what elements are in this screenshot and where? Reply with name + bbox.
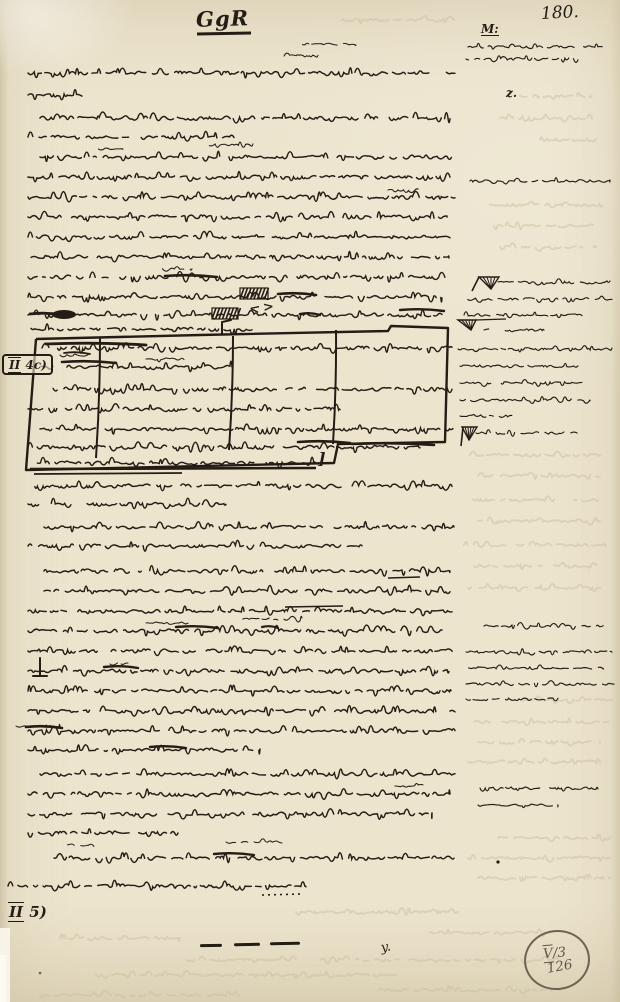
bleed-through-line (470, 452, 600, 458)
handwriting-line (28, 272, 450, 282)
handwriting-line (28, 789, 450, 800)
caret-y-mark: y. (380, 940, 392, 954)
underline-mark (388, 577, 420, 578)
handwriting-line (44, 522, 454, 532)
bleed-through-line (478, 739, 600, 746)
bleed-through-line (468, 584, 600, 592)
handwriting-line (28, 404, 340, 413)
handwriting-line (28, 726, 455, 736)
section-label-II5: II 5) (8, 905, 47, 920)
handwriting-line (28, 625, 442, 636)
handwriting-line (28, 292, 442, 302)
margin-z-mark: z. (506, 87, 517, 99)
bleed-through-line (540, 137, 603, 141)
margin-note-line (460, 363, 578, 367)
interline-note (226, 839, 288, 843)
bleed-through-line (490, 202, 602, 208)
handwriting-line (31, 252, 449, 262)
bleed-through-line (478, 517, 600, 524)
margin-note-line (466, 56, 578, 63)
handwriting-line (35, 481, 452, 491)
handwriting-line (28, 231, 450, 241)
roman-numeral: II (8, 357, 21, 373)
handwriting-line (28, 706, 455, 716)
strike-through-mark (64, 352, 90, 354)
ink-dot (496, 860, 499, 863)
handwriting-line (28, 90, 82, 100)
margin-note-line (460, 415, 525, 418)
bleed-through-line (478, 473, 605, 479)
bleed-through-line (186, 956, 296, 962)
interline-note (146, 358, 184, 362)
interline-note (60, 354, 88, 357)
handwriting-line (8, 880, 306, 890)
ink-dot (39, 972, 42, 975)
bleed-through-line (96, 971, 396, 979)
strike-through-mark (46, 343, 146, 345)
strike-through-mark (352, 443, 434, 445)
handwriting-line (28, 685, 451, 696)
handwriting-line (44, 585, 450, 595)
strike-through-mark (278, 293, 316, 295)
bleed-through-line (296, 908, 458, 915)
margin-note-line (466, 681, 614, 687)
underline-mark (30, 468, 316, 469)
margin-note-line (468, 296, 612, 302)
interline-note (162, 267, 192, 271)
margin-note-line (484, 623, 606, 630)
interline-note (303, 43, 356, 45)
handwriting-line (28, 498, 226, 508)
strike-through-mark (214, 853, 254, 855)
margin-note-line (464, 312, 582, 318)
bleed-through-line (468, 855, 610, 862)
bleed-through-line (378, 986, 560, 993)
underline-mark (476, 319, 506, 320)
handwriting-line (28, 211, 447, 221)
margin-note-line (458, 346, 612, 352)
editorial-angle-right: > (262, 300, 274, 314)
bleed-through-line (475, 718, 609, 725)
margin-note-line (480, 787, 598, 791)
handwriting-line (40, 151, 455, 161)
handwriting-line (28, 829, 178, 837)
handwriting-line (28, 745, 260, 754)
correction-box-divider (229, 336, 233, 450)
handwriting-line (40, 769, 455, 779)
handwriting-line (28, 172, 450, 182)
section-label-rest: 4c) (25, 358, 46, 372)
interline-note (243, 616, 302, 622)
separator-dash (200, 944, 222, 947)
flag-mark (472, 277, 479, 291)
handwriting-line (28, 666, 449, 676)
bleed-through-line (60, 934, 180, 941)
handwriting-line (28, 606, 452, 616)
bleed-through-line (430, 929, 550, 936)
scan-edge-artifact (0, 955, 6, 1002)
bleed-through-line (474, 563, 596, 569)
handwriting-line (53, 384, 452, 395)
section-label-II4c: II 4c) (2, 354, 53, 375)
ink-blot-deletion (52, 310, 76, 319)
strike-through-mark (176, 626, 218, 628)
underline-mark (285, 606, 343, 607)
bleed-through-line (498, 834, 610, 841)
bleed-through-line (478, 875, 610, 882)
handwriting-line (44, 566, 450, 577)
handwriting-line (28, 809, 432, 819)
margin-note-line (466, 649, 612, 655)
manuscript-page: GgR 180. M: z. II 4c) II 5) < > ] y. V/3… (0, 0, 620, 1002)
strike-through-mark (165, 275, 217, 277)
interline-note (284, 53, 318, 57)
strike-through-mark (26, 726, 62, 728)
interline-note (146, 622, 188, 624)
strike-through-mark (262, 626, 278, 628)
margin-note-line (460, 380, 582, 387)
handwriting-line (28, 191, 455, 201)
page-title: GgR (196, 7, 250, 30)
margin-note-line (498, 279, 610, 285)
strike-through-mark (104, 666, 138, 668)
margin-note-line (470, 178, 610, 184)
margin-note-line (468, 43, 614, 49)
handwriting-line (40, 112, 450, 123)
margin-note-line (469, 665, 609, 670)
margin-note-line (460, 397, 590, 404)
section-label-rest: 5) (29, 903, 47, 921)
interline-note (209, 142, 253, 147)
margin-note-line (476, 430, 583, 436)
handwriting-line (28, 540, 362, 551)
interline-note (68, 844, 94, 846)
bleed-through-line (500, 114, 592, 121)
bleed-through-line (464, 542, 606, 547)
interline-note (98, 148, 123, 150)
manuscript-handwriting (0, 0, 620, 1002)
stamp-line2: 126 (546, 958, 574, 976)
flag-mark (461, 427, 463, 446)
correction-box-divider (96, 338, 100, 458)
handwriting-line (40, 424, 453, 434)
editorial-angle-left: < (248, 302, 261, 316)
underline-mark (197, 33, 251, 34)
margin-heading: M: (481, 23, 499, 36)
page-number: 180. (541, 4, 580, 23)
handwriting-line (28, 131, 234, 141)
underline-mark (262, 894, 302, 895)
underline-mark (34, 473, 182, 474)
bleed-through-line (320, 956, 558, 963)
interline-note (110, 663, 128, 665)
bleed-through-line (473, 496, 609, 501)
roman-numeral: II (8, 902, 24, 922)
insertion-mark (222, 320, 231, 334)
bleed-through-line (500, 243, 596, 251)
flag-mark (458, 320, 476, 330)
margin-note-line (484, 329, 544, 332)
editorial-bracket: ] (318, 451, 326, 467)
bleed-through-line (40, 991, 240, 998)
handwriting-line (31, 324, 252, 334)
bleed-through-line (341, 16, 454, 23)
bleed-through-line (468, 759, 600, 764)
strike-through-mark (62, 361, 116, 363)
interline-note (395, 784, 423, 788)
bleed-through-line (520, 93, 592, 99)
margin-note-line (478, 804, 558, 807)
handwriting-line (28, 646, 459, 656)
interline-note (388, 189, 424, 193)
handwriting-line (28, 68, 455, 78)
bleed-through-line (494, 222, 597, 229)
